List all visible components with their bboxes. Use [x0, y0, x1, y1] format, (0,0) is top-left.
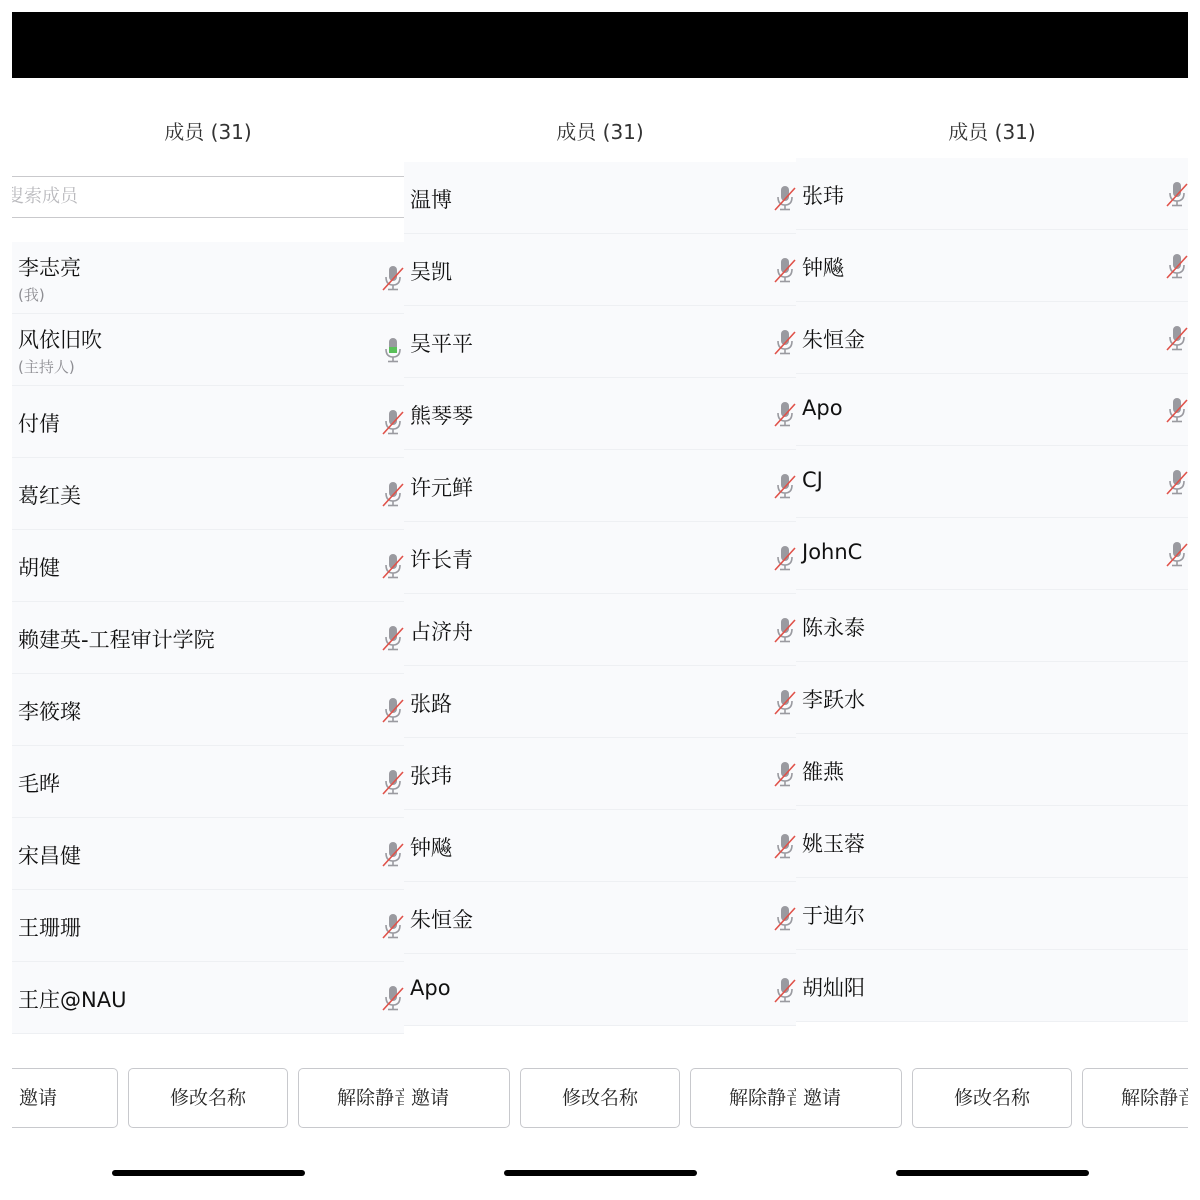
- member-name: 吴凯: [410, 256, 452, 286]
- member-name: 王珊珊: [18, 912, 81, 942]
- member-row[interactable]: Apo: [404, 954, 796, 1026]
- member-row[interactable]: 钟飚: [404, 810, 796, 882]
- panel-title: 成员 (31): [12, 78, 404, 150]
- member-name: 于迪尔: [802, 900, 865, 930]
- member-row[interactable]: 风依旧吹(主持人): [12, 314, 404, 386]
- member-name: 张玮: [802, 180, 844, 210]
- member-row[interactable]: 钟飚: [796, 230, 1188, 302]
- member-name: 张路: [410, 688, 452, 718]
- member-name: CJ: [802, 468, 823, 492]
- home-indicator: [112, 1170, 305, 1176]
- member-row[interactable]: 姚玉蓉: [796, 806, 1188, 878]
- member-row[interactable]: 李筱璨: [12, 674, 404, 746]
- member-row[interactable]: 张路: [404, 666, 796, 738]
- mic-muted-icon[interactable]: [382, 480, 404, 510]
- unmute-all-button[interactable]: 解除静音: [1082, 1068, 1188, 1128]
- member-role: (主持人): [18, 356, 75, 377]
- member-row[interactable]: 朱恒金: [404, 882, 796, 954]
- video-area: [796, 12, 1188, 78]
- home-indicator: [504, 1170, 697, 1176]
- member-row[interactable]: 李跃水: [796, 662, 1188, 734]
- home-indicator: [896, 1170, 1089, 1176]
- member-name: 陈永泰: [802, 612, 865, 642]
- mic-muted-icon[interactable]: [1166, 324, 1188, 354]
- mic-active-icon[interactable]: [382, 336, 404, 366]
- member-name: 吴平平: [410, 328, 473, 358]
- member-name: 姚玉蓉: [802, 828, 865, 858]
- mic-muted-icon[interactable]: [774, 832, 796, 862]
- mic-muted-icon[interactable]: [382, 696, 404, 726]
- member-name: 朱恒金: [410, 904, 473, 934]
- members-panel-1: 成员 (31) 叟索成员 李志亮(我)风依旧吹(主持人)付倩葛红美胡健赖建英-工…: [12, 12, 404, 1188]
- mic-muted-icon[interactable]: [774, 904, 796, 934]
- member-row[interactable]: 朱恒金: [796, 302, 1188, 374]
- mic-muted-icon[interactable]: [1166, 180, 1188, 210]
- mic-muted-icon[interactable]: [774, 184, 796, 214]
- member-name: 钟飚: [802, 252, 844, 282]
- mic-muted-icon[interactable]: [382, 840, 404, 870]
- member-list[interactable]: 张玮钟飚朱恒金ApoCJJohnC陈永泰李跃水雒燕姚玉蓉于迪尔胡灿阳: [796, 158, 1188, 1022]
- member-list[interactable]: 温博吴凯吴平平熊琴琴许元鲜许长青占济舟张路张玮钟飚朱恒金Apo: [404, 162, 796, 1026]
- mic-muted-icon[interactable]: [1166, 468, 1188, 498]
- member-name: 张玮: [410, 760, 452, 790]
- member-name: 毛晔: [18, 768, 60, 798]
- member-name: 占济舟: [410, 616, 473, 646]
- member-row[interactable]: 付倩: [12, 386, 404, 458]
- mic-muted-icon[interactable]: [1166, 252, 1188, 282]
- member-row[interactable]: 许长青: [404, 522, 796, 594]
- search-input[interactable]: 叟索成员: [12, 176, 404, 218]
- member-row[interactable]: 张玮: [404, 738, 796, 810]
- member-name: 付倩: [18, 408, 60, 438]
- mic-muted-icon[interactable]: [774, 976, 796, 1006]
- member-row[interactable]: 温博: [404, 162, 796, 234]
- mic-muted-icon[interactable]: [382, 984, 404, 1014]
- member-name: 赖建英-工程审计学院: [18, 624, 215, 654]
- video-area: [404, 12, 796, 78]
- member-row[interactable]: JohnC: [796, 518, 1188, 590]
- member-row[interactable]: 胡健: [12, 530, 404, 602]
- mic-muted-icon[interactable]: [774, 256, 796, 286]
- member-name: 宋昌健: [18, 840, 81, 870]
- member-role: (我): [18, 284, 45, 305]
- member-name: 温博: [410, 184, 452, 214]
- unmute-all-button[interactable]: 解除静音: [298, 1068, 404, 1128]
- mic-muted-icon[interactable]: [774, 760, 796, 790]
- mic-muted-icon[interactable]: [382, 552, 404, 582]
- member-name: 熊琴琴: [410, 400, 473, 430]
- member-row[interactable]: 雒燕: [796, 734, 1188, 806]
- rename-button[interactable]: 修改名称: [520, 1068, 680, 1128]
- member-name: 许元鲜: [410, 472, 473, 502]
- member-row[interactable]: 吴平平: [404, 306, 796, 378]
- unmute-all-button[interactable]: 解除静音: [690, 1068, 796, 1128]
- member-name: 葛红美: [18, 480, 81, 510]
- panel-title: 成员 (31): [404, 78, 796, 150]
- members-panel-3: 成员 (31) 张玮钟飚朱恒金ApoCJJohnC陈永泰李跃水雒燕姚玉蓉于迪尔胡…: [796, 12, 1188, 1188]
- member-name: 胡健: [18, 552, 60, 582]
- video-area: [12, 12, 404, 78]
- member-name: 雒燕: [802, 756, 844, 786]
- member-row[interactable]: 毛晔: [12, 746, 404, 818]
- member-name: 胡灿阳: [802, 972, 865, 1002]
- member-row[interactable]: 于迪尔: [796, 878, 1188, 950]
- invite-button[interactable]: 邀请: [12, 1068, 118, 1128]
- member-name: 朱恒金: [802, 324, 865, 354]
- member-name: JohnC: [802, 540, 862, 564]
- member-name: 许长青: [410, 544, 473, 574]
- member-row[interactable]: 赖建英-工程审计学院: [12, 602, 404, 674]
- member-name: 王庄@NAU: [18, 984, 126, 1014]
- member-name: 李志亮: [18, 252, 81, 282]
- bottom-actions: 邀请 修改名称 解除静音: [404, 1068, 796, 1130]
- member-name: Apo: [410, 976, 451, 1000]
- member-row[interactable]: 占济舟: [404, 594, 796, 666]
- member-row[interactable]: 吴凯: [404, 234, 796, 306]
- mic-muted-icon[interactable]: [382, 624, 404, 654]
- member-name: 李筱璨: [18, 696, 81, 726]
- member-name: 钟飚: [410, 832, 452, 862]
- rename-button[interactable]: 修改名称: [128, 1068, 288, 1128]
- member-row[interactable]: Apo: [796, 374, 1188, 446]
- member-row[interactable]: 张玮: [796, 158, 1188, 230]
- mic-muted-icon[interactable]: [774, 688, 796, 718]
- mic-muted-icon[interactable]: [1166, 540, 1188, 570]
- member-name: 李跃水: [802, 684, 865, 714]
- members-panel-2: 成员 (31) 温博吴凯吴平平熊琴琴许元鲜许长青占济舟张路张玮钟飚朱恒金Apo …: [404, 12, 796, 1188]
- mic-muted-icon[interactable]: [382, 912, 404, 942]
- member-row[interactable]: 陈永泰: [796, 590, 1188, 662]
- member-row[interactable]: 葛红美: [12, 458, 404, 530]
- member-row[interactable]: 胡灿阳: [796, 950, 1188, 1022]
- panel-title: 成员 (31): [796, 78, 1188, 150]
- mic-muted-icon[interactable]: [774, 544, 796, 574]
- bottom-actions: 邀请 修改名称 解除静音: [796, 1068, 1188, 1130]
- mic-muted-icon[interactable]: [382, 264, 404, 294]
- member-row[interactable]: CJ: [796, 446, 1188, 518]
- mic-muted-icon[interactable]: [774, 328, 796, 358]
- mic-muted-icon[interactable]: [774, 472, 796, 502]
- member-row[interactable]: 宋昌健: [12, 818, 404, 890]
- rename-button[interactable]: 修改名称: [912, 1068, 1072, 1128]
- mic-muted-icon[interactable]: [774, 400, 796, 430]
- mic-muted-icon[interactable]: [382, 768, 404, 798]
- invite-button[interactable]: 邀请: [796, 1068, 902, 1128]
- member-row[interactable]: 王庄@NAU: [12, 962, 404, 1034]
- mic-muted-icon[interactable]: [1166, 396, 1188, 426]
- mic-muted-icon[interactable]: [774, 616, 796, 646]
- member-name: Apo: [802, 396, 843, 420]
- member-row[interactable]: 熊琴琴: [404, 378, 796, 450]
- member-row[interactable]: 王珊珊: [12, 890, 404, 962]
- member-name: 风依旧吹: [18, 324, 102, 354]
- member-row[interactable]: 李志亮(我): [12, 242, 404, 314]
- invite-button[interactable]: 邀请: [404, 1068, 510, 1128]
- mic-muted-icon[interactable]: [382, 408, 404, 438]
- member-list[interactable]: 李志亮(我)风依旧吹(主持人)付倩葛红美胡健赖建英-工程审计学院李筱璨毛晔宋昌健…: [12, 242, 404, 1034]
- member-row[interactable]: 许元鲜: [404, 450, 796, 522]
- bottom-actions: 邀请 修改名称 解除静音: [12, 1068, 404, 1130]
